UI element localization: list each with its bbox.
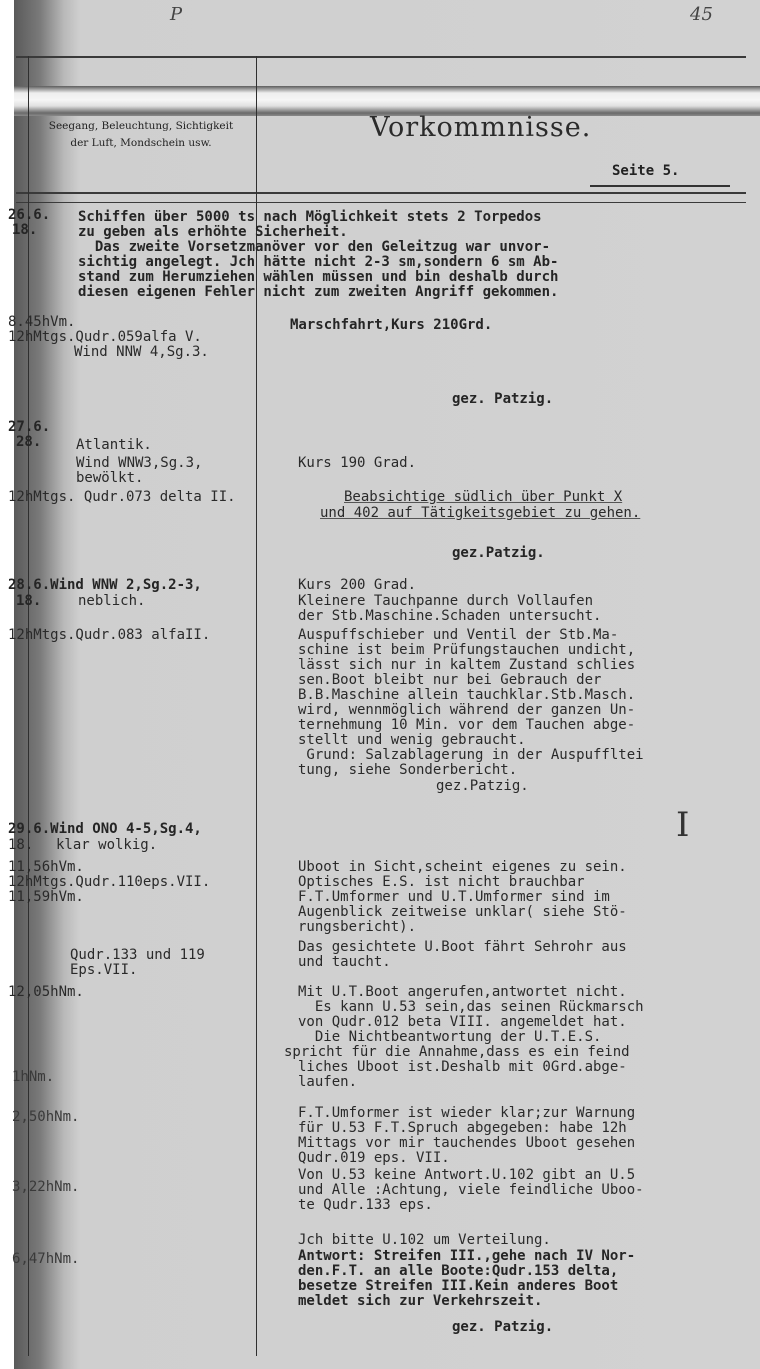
entry-line: tung, siehe Sonderbericht. bbox=[298, 763, 517, 778]
left-entry-time: 1hNm. bbox=[12, 1070, 54, 1085]
entry-line: besetze Streifen III.Kein anderes Boot bbox=[298, 1279, 618, 1294]
entry-line: von Qudr.012 beta VIII. angemeldet hat. bbox=[298, 1015, 627, 1030]
left-entry-wind: Wind WNW3,Sg.3, bbox=[76, 456, 202, 471]
left-entry-time: 8.45hVm. bbox=[8, 315, 75, 330]
entry-line: spricht für die Annahme,dass es ein fein… bbox=[284, 1045, 630, 1060]
entry-line: Augenblick zeitweise unklar( siehe Stö- bbox=[298, 905, 627, 920]
entry-line: Die Nichtbeantwortung der U.T.E.S. bbox=[298, 1030, 601, 1045]
corner-mark-right: 45 bbox=[690, 4, 713, 25]
left-entry-time: 6,47hNm. bbox=[12, 1252, 79, 1267]
left-entry-date-wind: 29.6.Wind ONO 4-5,Sg.4, bbox=[8, 822, 202, 837]
top-rule bbox=[16, 56, 746, 58]
left-entry-date: 26.6. bbox=[8, 208, 50, 223]
entry-line: den.F.T. an alle Boote:Qudr.153 delta, bbox=[298, 1264, 618, 1279]
entry-line: Antwort: Streifen III.,gehe nach IV Nor- bbox=[298, 1249, 635, 1264]
entry-line: ternehmung 10 Min. vor dem Tauchen abge- bbox=[298, 718, 635, 733]
entry-line: Mittags vor mir tauchendes Uboot gesehen bbox=[298, 1136, 635, 1151]
entry-line: und 402 auf Tätigkeitsgebiet zu gehen. bbox=[320, 506, 640, 521]
entry-line: wird, wennmöglich während der ganzen Un- bbox=[298, 703, 635, 718]
left-header-line-1: Seegang, Beleuchtung, Sichtigkeit bbox=[26, 118, 256, 135]
entry-line: Uboot in Sicht,scheint eigenes zu sein. bbox=[298, 860, 627, 875]
entry-line: laufen. bbox=[298, 1075, 357, 1090]
left-entry-sub: 28. bbox=[16, 435, 41, 450]
left-entry-weather: klar wolkig. bbox=[56, 838, 157, 853]
entry-line: F.T.Umformer ist wieder klar;zur Warnung bbox=[298, 1106, 635, 1121]
entry-line: Das zweite Vorsetzmanöver vor den Geleit… bbox=[78, 240, 550, 255]
entry-line: lässt sich nur in kaltem Zustand schlies bbox=[298, 658, 635, 673]
entry-line: Marschfahrt,Kurs 210Grd. bbox=[290, 318, 492, 333]
left-entry-date: 27.6. bbox=[8, 420, 50, 435]
entry-line: Grund: Salzablagerung in der Auspuffltei bbox=[298, 748, 644, 763]
left-header-line-2: der Luft, Mondschein usw. bbox=[26, 135, 256, 152]
left-entry-position-sub: Eps.VII. bbox=[70, 963, 137, 978]
entry-line: stand zum Herumziehen wählen müssen und … bbox=[78, 270, 558, 285]
left-entry-sub: 18. bbox=[8, 838, 33, 853]
entry-line: B.B.Maschine allein tauchklar.Stb.Masch. bbox=[298, 688, 635, 703]
left-entry-sub: 18. bbox=[16, 594, 41, 609]
entry-line: F.T.Umformer und U.T.Umformer sind im bbox=[298, 890, 610, 905]
entry-line: Es kann U.53 sein,das seinen Rückmarsch bbox=[298, 1000, 644, 1015]
entry-line: Kurs 200 Grad. bbox=[298, 578, 416, 593]
entry-line: Von U.53 keine Antwort.U.102 gibt an U.5 bbox=[298, 1168, 635, 1183]
entry-line: liches Uboot ist.Deshalb mit 0Grd.abge- bbox=[298, 1060, 627, 1075]
left-entry-position: 12hMtgs.Qudr.110eps.VII. bbox=[8, 875, 210, 890]
entry-line: sichtig angelegt. Jch hätte nicht 2-3 sm… bbox=[78, 255, 558, 270]
entry-line: diesen eigenen Fehler nicht zum zweiten … bbox=[78, 285, 558, 300]
left-entry-area: Atlantik. bbox=[76, 438, 152, 453]
left-entry-position: Qudr.133 und 119 bbox=[70, 948, 205, 963]
left-entry-time: 3,22hNm. bbox=[12, 1180, 79, 1195]
page-number: Seite 5. bbox=[612, 163, 679, 179]
entry-line: sen.Boot bleibt nur bei Gebrauch der bbox=[298, 673, 601, 688]
signature: gez.Patzig. bbox=[452, 546, 545, 561]
margin-line bbox=[28, 56, 29, 1356]
entry-line: Auspuffschieber und Ventil der Stb.Ma- bbox=[298, 628, 618, 643]
entry-line: Qudr.019 eps. VII. bbox=[298, 1151, 450, 1166]
left-entry-weather: bewölkt. bbox=[76, 471, 143, 486]
signature: gez. Patzig. bbox=[452, 1320, 553, 1335]
entry-line: für U.53 F.T.Spruch abgegeben: habe 12h bbox=[298, 1121, 627, 1136]
left-entry-position: 12hMtgs. Qudr.073 delta II. bbox=[8, 490, 236, 505]
entry-line: schine ist beim Prüfungstauchen undicht, bbox=[298, 643, 635, 658]
left-entry-time: 2,50hNm. bbox=[12, 1110, 79, 1125]
entry-line: Beabsichtige südlich über Punkt X bbox=[344, 490, 622, 505]
entry-line: rungsbericht). bbox=[298, 920, 416, 935]
handwritten-mark: I bbox=[676, 805, 689, 845]
entry-line: der Stb.Maschine.Schaden untersucht. bbox=[298, 609, 601, 624]
document-page: P 45 Seegang, Beleuchtung, Sichtigkeit d… bbox=[0, 0, 760, 1369]
signature: gez. Patzig. bbox=[452, 392, 553, 407]
left-column-header: Seegang, Beleuchtung, Sichtigkeit der Lu… bbox=[26, 118, 256, 152]
left-entry-time: 11,56hVm. bbox=[8, 860, 84, 875]
left-entry-position: 12hMtgs.Qudr.083 alfaII. bbox=[8, 628, 210, 643]
entry-line: zu geben als erhöhte Sicherheit. bbox=[78, 225, 348, 240]
entry-line: te Qudr.133 eps. bbox=[298, 1198, 433, 1213]
left-entry-time: 12,05hNm. bbox=[8, 985, 84, 1000]
left-entry-wind: Wind NNW 4,Sg.3. bbox=[74, 345, 209, 360]
entry-line: Schiffen über 5000 ts nach Möglichkeit s… bbox=[78, 210, 542, 225]
signature: gez.Patzig. bbox=[436, 779, 529, 794]
entry-line: und taucht. bbox=[298, 955, 391, 970]
page-number-underline bbox=[590, 185, 730, 187]
left-entry-position: 12hMtgs.Qudr.059alfa V. bbox=[8, 330, 202, 345]
entry-line: Kurs 190 Grad. bbox=[298, 456, 416, 471]
corner-mark-left: P bbox=[170, 4, 182, 25]
page-title: Vorkommnisse. bbox=[370, 112, 591, 143]
header-rule-1 bbox=[16, 192, 746, 194]
entry-line: und Alle :Achtung, viele feindliche Uboo… bbox=[298, 1183, 644, 1198]
scan-edge bbox=[0, 0, 14, 1369]
left-entry-time: 11,59hVm. bbox=[8, 890, 84, 905]
left-entry-weather: neblich. bbox=[78, 594, 145, 609]
header-rule-2 bbox=[16, 202, 746, 203]
entry-line: Kleinere Tauchpanne durch Vollaufen bbox=[298, 594, 593, 609]
entry-line: Optisches E.S. ist nicht brauchbar bbox=[298, 875, 585, 890]
entry-line: Das gesichtete U.Boot fährt Sehrohr aus bbox=[298, 940, 627, 955]
entry-line: Mit U.T.Boot angerufen,antwortet nicht. bbox=[298, 985, 627, 1000]
entry-line: meldet sich zur Verkehrszeit. bbox=[298, 1294, 542, 1309]
entry-line: stellt und wenig gebraucht. bbox=[298, 733, 526, 748]
left-entry-date-wind: 28.6.Wind WNW 2,Sg.2-3, bbox=[8, 578, 202, 593]
entry-line: Jch bitte U.102 um Verteilung. bbox=[298, 1233, 551, 1248]
left-entry-sub: 18. bbox=[12, 223, 37, 238]
